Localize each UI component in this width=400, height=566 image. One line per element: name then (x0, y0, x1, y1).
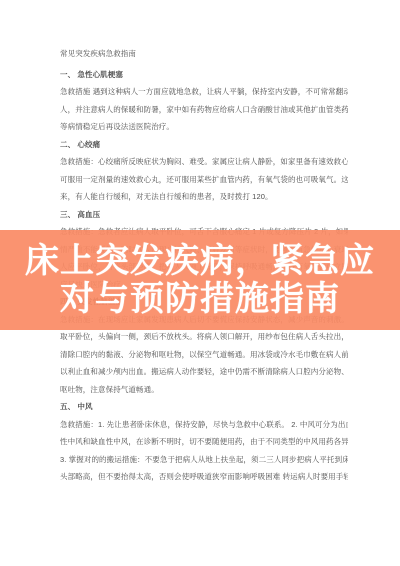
title-overlay-banner: 床上突发疾病，紧急应 对与预防措施指南 (0, 230, 400, 330)
document-page: 常见突发疾病急救指南 一、 急性心肌梗塞急救措施 遇到这种病人一方面应就地急救，… (0, 0, 400, 566)
doc-line: 呕吐物，注意保持气道畅通。 (60, 381, 348, 399)
doc-line: 清除口腔内的黏液、分泌物和呕吐物，以保空气道畅通。用冰袋或冷水毛巾敷在病人前额， (60, 346, 348, 364)
doc-line: 人，并注意病人的保暖和防暑，家中如有药物应给病人口含硝酸甘油或其他扩血管类药物， (60, 101, 348, 119)
doc-line: 等病情稳定后再设法送医院治疗。 (60, 118, 348, 136)
doc-line: 急救措施：心绞痛所反映症状为胸闷、难受。家属应让病人静卧，如家里备有速效救心丸， (60, 153, 348, 171)
overlay-title: 床上突发疾病，紧急应 对与预防措施指南 (25, 242, 375, 318)
doc-line: 来，有人能自行缓和，对无法自行缓和的患者，及时拨打 120。 (60, 188, 348, 206)
section-heading: 五、 中风 (60, 398, 348, 416)
doc-line: 以利止血和减少颅内出血。搬运病人动作要轻，途中仍需不断清除病人口腔内分泌物、痰液… (60, 363, 348, 381)
section-heading: 三、 高血压 (60, 206, 348, 224)
doc-line: 取平卧位，头偏向一侧，颈后不放枕头。将病人领口解开，用纱布包住病人舌头拉出，及时 (60, 328, 348, 346)
overlay-title-line1: 床上突发疾病，紧急应 (25, 242, 375, 280)
section-heading: 二、 心绞痛 (60, 136, 348, 154)
overlay-title-line2: 对与预防措施指南 (25, 280, 375, 318)
section-heading: 一、 急性心肌梗塞 (60, 66, 348, 84)
doc-line: 可服用一定剂量的速效救心丸，还可服用某些扩血管内药，有氧气袋的也可吸氧气。这样以 (60, 171, 348, 189)
doc-line: 急救措施：1. 先让患者卧床休息，保持安静，尽快与急救中心联系。 2. 中风可分… (60, 416, 348, 434)
document-title: 常见突发疾病急救指南 (60, 45, 348, 63)
doc-line: 头部略高，但不要抬得太高，否则会使呼吸道狭窄而影响呼吸困难 转运病人时要用手轻轻 (60, 468, 348, 486)
doc-line: 3. 掌握对的的搬运措施：不要急于把病人从地上扶坐起，须二三人同步把病人平托到床… (60, 451, 348, 469)
doc-line: 急救措施 遇到这种病人一方面应就地急救，让病人平躺，保持室内安静，不可常常翻动病 (60, 83, 348, 101)
doc-line: 性中风和缺血性中风，在诊断不明时，切不要随便用药，由于不同类型的中风用药各异。 (60, 433, 348, 451)
